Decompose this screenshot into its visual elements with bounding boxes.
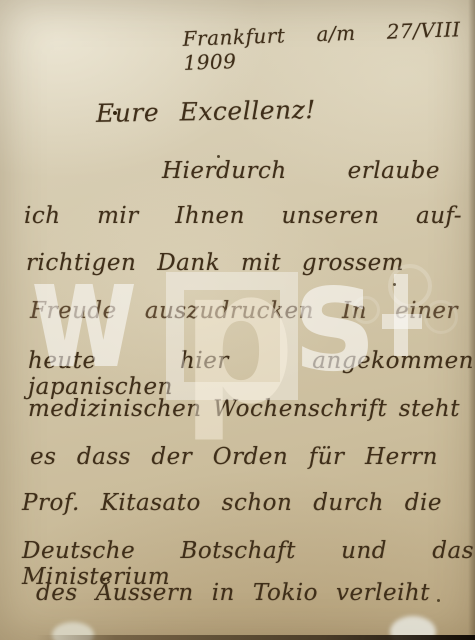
letter-photo: Frankfurt a/m 27/VIII 1909 Eure Excellen…: [0, 0, 475, 640]
letter-line: medizinischen Wochenschrift steht: [28, 396, 460, 430]
letter-line: Hierdurch erlaube: [162, 158, 440, 192]
letter-dateline: Frankfurt a/m 27/VIII 1909: [182, 17, 462, 75]
ink-speck: [217, 155, 220, 158]
letter-line: richtigen Dank mit grossem: [26, 250, 404, 284]
letter-line: Freude auszudrucken In einer: [30, 298, 458, 332]
letter-line: ich mir Ihnen unseren auf-: [24, 203, 462, 237]
photo-edge-shadow: [468, 0, 475, 640]
letter-line: Deutsche Botschaft und das Ministerium: [22, 538, 474, 572]
letter-line: Prof. Kitasato schon durch die: [22, 490, 442, 524]
ink-speck: [113, 111, 117, 115]
photo-edge-shadow: [36, 635, 475, 640]
letter-line: heute hier angekommen japanischen: [28, 348, 474, 382]
letter-line: es dass der Orden für Herrn: [30, 444, 438, 478]
letter-line: des Äussern in Tokio verleiht: [36, 580, 430, 614]
ink-speck: [437, 599, 440, 602]
ink-speck: [393, 283, 396, 286]
letter-salutation: Eure Excellenz!: [96, 95, 316, 128]
